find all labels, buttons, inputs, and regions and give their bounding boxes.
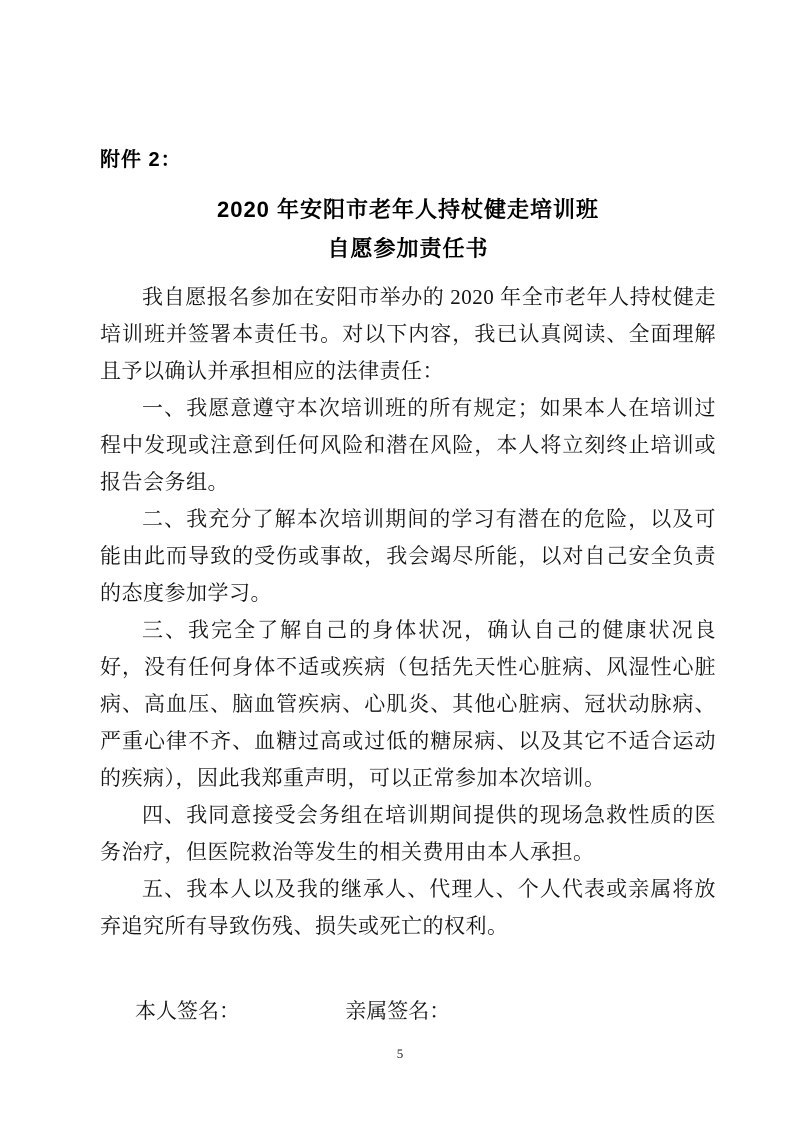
paragraph-clause-4: 四、我同意接受会务组在培训期间提供的现场急救性质的医务治疗，但医院救治等发生的相… <box>100 797 716 871</box>
paragraph-clause-1: 一、我愿意遵守本次培训班的所有规定；如果本人在培训过程中发现或注意到任何风险和潜… <box>100 390 716 501</box>
document-content: 附件 2： 2020 年安阳市老年人持杖健走培训班 自愿参加责任书 我自愿报名参… <box>100 146 716 1025</box>
paragraph-clause-5: 五、我本人以及我的继承人、代理人、个人代表或亲属将放弃追究所有导致伤残、损失或死… <box>100 871 716 945</box>
family-signature-label: 亲属签名： <box>345 997 450 1025</box>
document-page: 附件 2： 2020 年安阳市老年人持杖健走培训班 自愿参加责任书 我自愿报名参… <box>0 0 800 1132</box>
paragraph-clause-2: 二、我充分了解本次培训期间的学习有潜在的危险，以及可能由此而导致的受伤或事故，我… <box>100 501 716 612</box>
document-title-line2: 自愿参加责任书 <box>100 229 716 268</box>
document-body: 我自愿报名参加在安阳市举办的 2020 年全市老年人持杖健走培训班并签署本责任书… <box>100 279 716 945</box>
paragraph-intro: 我自愿报名参加在安阳市举办的 2020 年全市老年人持杖健走培训班并签署本责任书… <box>100 279 716 390</box>
self-signature-label: 本人签名： <box>135 997 240 1025</box>
attachment-label: 附件 2： <box>100 146 716 174</box>
document-title-line1: 2020 年安阳市老年人持杖健走培训班 <box>100 190 716 229</box>
document-title: 2020 年安阳市老年人持杖健走培训班 自愿参加责任书 <box>100 190 716 268</box>
paragraph-clause-3: 三、我完全了解自己的身体状况，确认自己的健康状况良好，没有任何身体不适或疾病（包… <box>100 612 716 797</box>
signature-row: 本人签名： 亲属签名： <box>100 997 716 1025</box>
page-number: 5 <box>0 1046 800 1062</box>
